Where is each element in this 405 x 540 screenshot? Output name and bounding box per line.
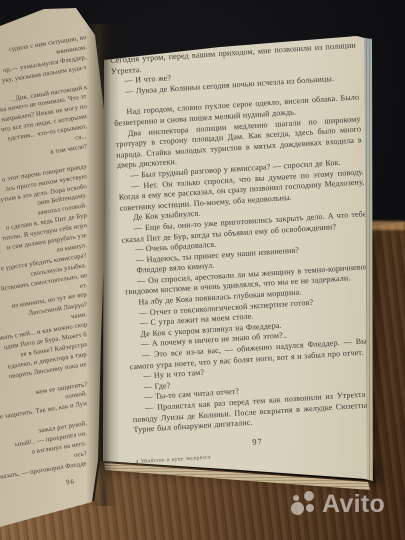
avito-watermark-label: Avito xyxy=(322,490,385,519)
right-page-paragraphs: Сегодня утром, перед вашим приходом, мне… xyxy=(110,41,379,436)
right-page-text: Сегодня утром, перед вашим приходом, мне… xyxy=(110,41,381,469)
avito-logo-icon xyxy=(291,491,318,518)
text-line: е защитить. Так же, как и Луи xyxy=(0,399,88,423)
left-page-text: судила с ним ситуацию, во мянником. ор,—… xyxy=(0,33,90,473)
text-line: в том числе? xyxy=(50,142,88,158)
avito-watermark: Avito xyxy=(291,490,385,519)
book-photo: Сегодня утром, перед вашим приходом, мне… xyxy=(0,0,405,540)
left-page-number: 96 xyxy=(65,477,75,486)
